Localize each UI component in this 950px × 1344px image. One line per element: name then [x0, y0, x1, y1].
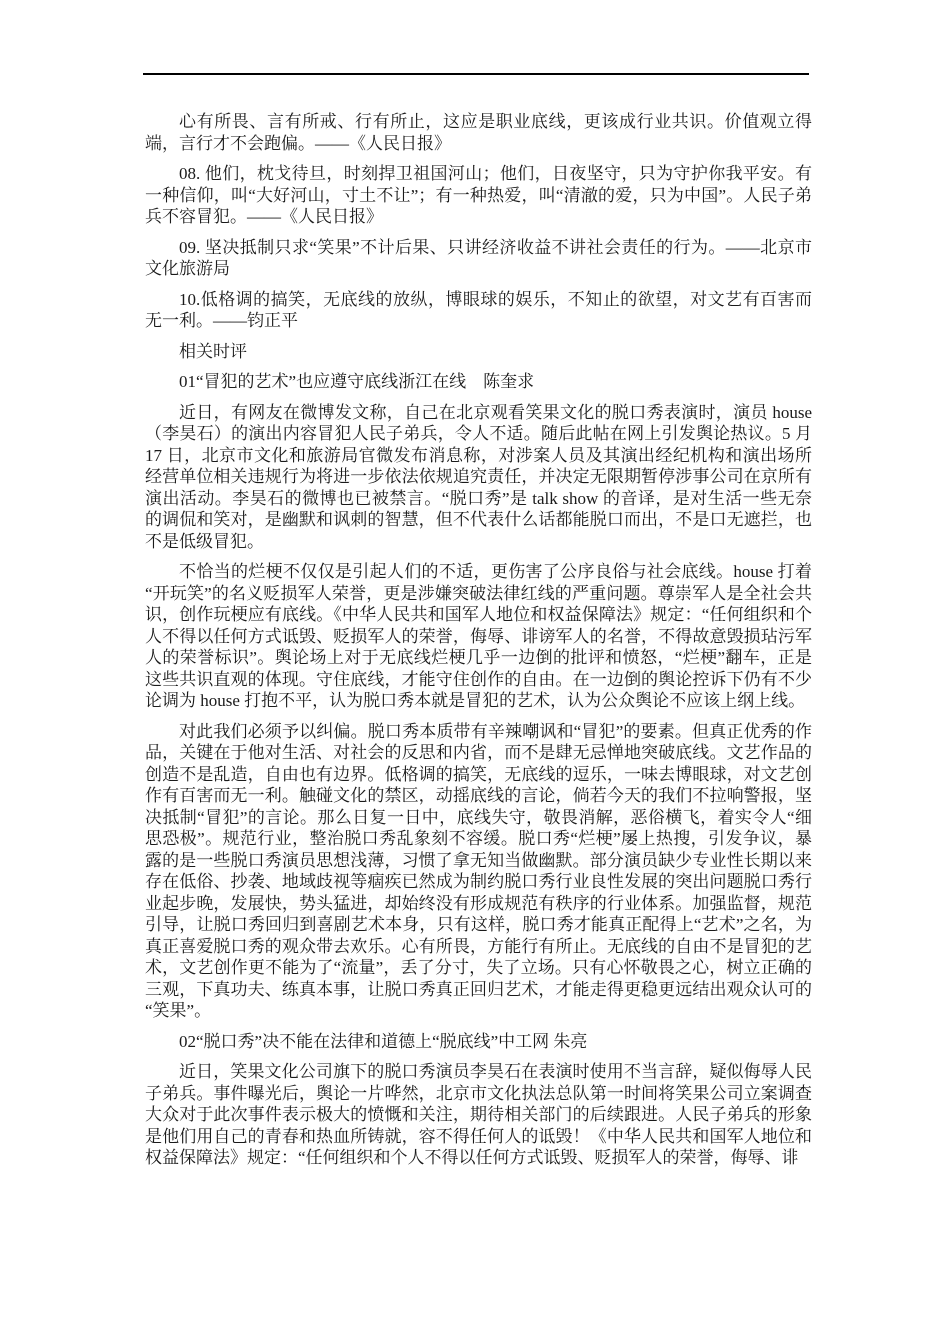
- paragraph-quote-renmin-ribao: 心有所畏、言有所戒、行有所止，这应是职业底线，更该成行业共识。价值观立得端，言行…: [145, 111, 812, 154]
- document-page: 心有所畏、言有所戒、行有所止，这应是职业底线，更该成行业共识。价值观立得端，言行…: [0, 0, 950, 1344]
- header-rule: [143, 73, 809, 75]
- paragraph-quote-10: 10.低格调的搞笑，无底线的放纵，博眼球的娱乐，不知止的欲望，对文艺有百害而无一…: [145, 289, 812, 332]
- section-heading-related-comments: 相关时评: [145, 341, 812, 363]
- paragraph-quote-09: 09. 坚决抵制只求“笑果”不计后果、只讲经济收益不讲社会责任的行为。——北京市…: [145, 237, 812, 280]
- article-02-paragraph-1: 近日，笑果文化公司旗下的脱口秀演员李昊石在表演时使用不当言辞，疑似侮辱人民子弟兵…: [145, 1061, 812, 1169]
- article-01-paragraph-1: 近日，有网友在微博发文称，自己在北京观看笑果文化的脱口秀表演时，演员 house…: [145, 402, 812, 553]
- article-01-paragraph-3: 对此我们必须予以纠偏。脱口秀本质带有辛辣嘲讽和“冒犯”的要素。但真正优秀的作品，…: [145, 721, 812, 1022]
- article-title-02: 02“脱口秀”决不能在法律和道德上“脱底线”中工网 朱亮: [145, 1031, 812, 1053]
- article-title-01: 01“冒犯的艺术”也应遵守底线浙江在线 陈奎求: [145, 371, 812, 393]
- paragraph-quote-08: 08. 他们，枕戈待旦，时刻捍卫祖国河山；他们，日夜坚守，只为守护你我平安。有一…: [145, 163, 812, 228]
- article-01-paragraph-2: 不恰当的烂梗不仅仅是引起人们的不适，更伤害了公序良俗与社会底线。house 打着…: [145, 561, 812, 712]
- document-content: 心有所畏、言有所戒、行有所止，这应是职业底线，更该成行业共识。价值观立得端，言行…: [145, 111, 812, 1178]
